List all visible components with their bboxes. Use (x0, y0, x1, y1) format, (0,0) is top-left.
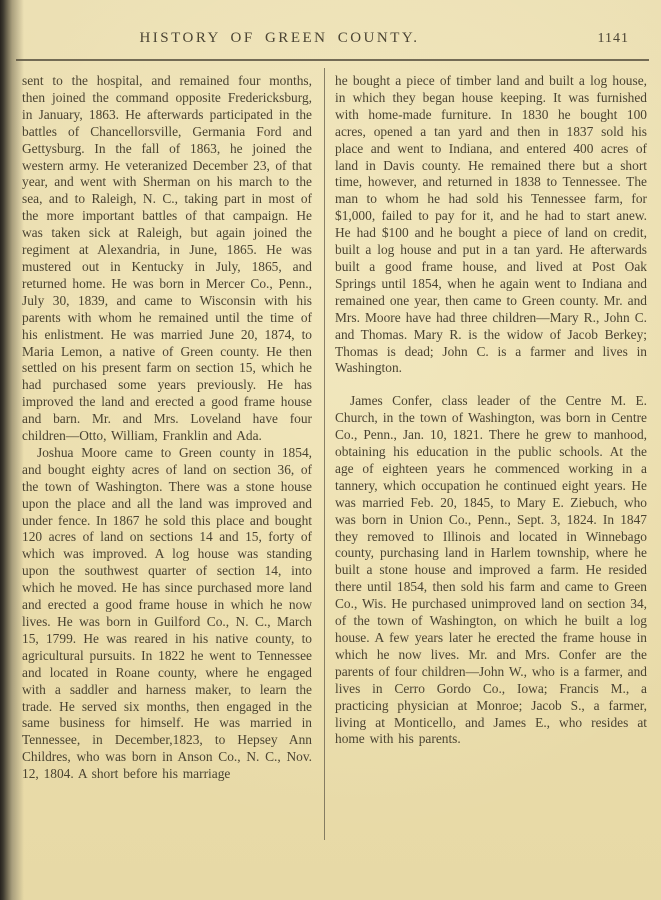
paragraph-james-confer: James Confer, class leader of the Centre… (335, 393, 647, 748)
text-columns: sent to the hospital, and remained four … (22, 68, 647, 900)
page-header: HISTORY OF GREEN COUNTY. 1141 (26, 30, 643, 54)
book-page: HISTORY OF GREEN COUNTY. 1141 sent to th… (0, 0, 661, 900)
paragraph-moore-continuation: he bought a piece of timber land and bui… (335, 73, 647, 377)
paragraph-joshua-moore: Joshua Moore came to Green county in 185… (22, 445, 312, 783)
left-column: sent to the hospital, and remained four … (22, 68, 312, 900)
right-column: he bought a piece of timber land and bui… (335, 68, 647, 900)
header-rule (16, 59, 649, 61)
paragraph-loveland-continuation: sent to the hospital, and remained four … (22, 73, 312, 445)
running-title: HISTORY OF GREEN COUNTY. (26, 30, 533, 47)
page-number: 1141 (598, 31, 629, 47)
column-divider (324, 68, 325, 840)
